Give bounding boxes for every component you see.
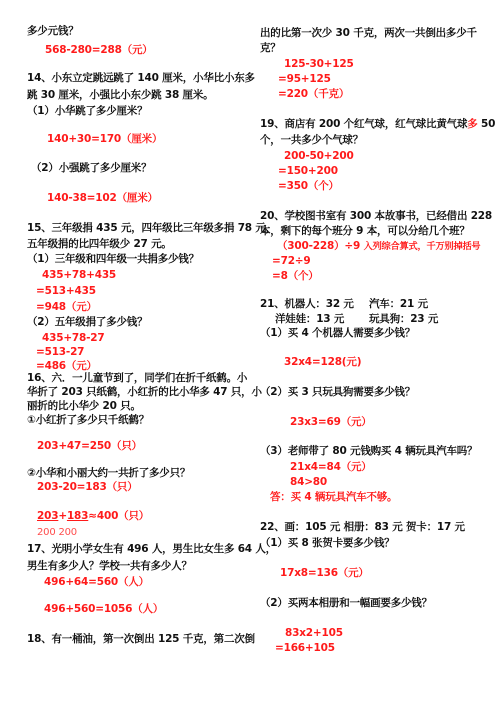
q21-price-1: 21、机器人：32 元 (260, 298, 354, 311)
q22-sub1: （1）买 8 张贺卡要多少钱？ (260, 537, 394, 550)
q16-est-note: 200 200 (37, 526, 77, 539)
q14-sub1: （1）小华跳了多少厘米？ (27, 105, 147, 118)
q20-ans-line2: =72÷9 (272, 255, 311, 268)
q20-text-1: 20、学校图书室有 300 本故事书，已经借出 228 (260, 210, 492, 223)
q20-note: 入列综合算式，千万别掉括号 (364, 241, 481, 252)
q20-ans-line1: （300-228）÷9 入列综合算式，千万别掉括号 (277, 240, 480, 253)
q14-ans1: 140+30=170（厘米） (47, 133, 162, 146)
q19-text-1-red: 多 (467, 118, 477, 130)
q20-ans1: （300-228）÷9 (277, 240, 360, 252)
q15-ans2-line2: =513-27 (36, 346, 84, 359)
q22-ans2-line1: 83x2+105 (285, 627, 343, 640)
q21-sub3: （3）老师带了 80 元钱购买 4 辆玩具汽车吗？ (260, 445, 477, 458)
q15-text-1: 15、三年级捐 435 元，四年级比三年级多捐 78 元， (27, 222, 276, 235)
q18-text-2: 克？ (260, 42, 281, 55)
q17-ans1: 496+64=560（人） (44, 576, 149, 589)
q15-ans1-line1: 435+78+435 (42, 269, 116, 282)
q18-ans-line3: =220（千克） (278, 88, 349, 101)
q19-text-1: 19、商店有 200 个红气球，红气球比黄气球多 50 (260, 118, 495, 131)
q19-ans-line3: =350（个） (278, 180, 339, 193)
q22-ans2-line2: =166+105 (275, 642, 335, 655)
q14-text-2: 跳 30 厘米，小强比小东少跳 38 厘米。 (27, 89, 213, 102)
q21-answer: 答：买 4 辆玩具汽车不够。 (270, 491, 397, 504)
q15-ans1-line3: =948（元） (36, 301, 97, 314)
q16-est-a: 203 (37, 510, 58, 522)
q21-price-4: 玩具狗：23 元 (369, 313, 438, 326)
q17-text-2: 男生有多少人？学校一共有多少人？ (27, 560, 192, 573)
q15-sub2: （2）五年级捐了多少钱？ (27, 316, 147, 329)
q15-ans2-line1: 435+78-27 (42, 332, 105, 345)
q16-ans1: 203+47=250（只） (37, 440, 142, 453)
q21-sub2: （2）买 3 只玩具狗需要多少钱？ (260, 386, 415, 399)
q20-ans-line3: =8（个） (272, 270, 319, 283)
q21-sub1: （1）买 4 个机器人需要多少钱？ (260, 327, 415, 340)
q13-answer: 568-280=288（元） (45, 44, 153, 57)
q18-ans-line1: 125-30+125 (284, 58, 354, 71)
q16-est-plus: + (58, 510, 67, 522)
q15-ans1-line2: =513+435 (36, 285, 96, 298)
q16-est-b: 183 (67, 510, 88, 522)
q19-ans-line1: 200-50+200 (284, 150, 354, 163)
q16-text-1: 16、六．一儿童节到了，同学们在折千纸鹤。小 (27, 372, 247, 385)
q17-text-1: 17、光明小学女生有 496 人，男生比女生多 64 人， (27, 543, 276, 556)
q19-ans-line2: =150+200 (278, 165, 338, 178)
q16-estimate: 203+183≈400（只） (37, 510, 149, 523)
q21-price-2: 汽车：21 元 (369, 298, 428, 311)
q14-ans2: 140-38=102（厘米） (47, 192, 158, 205)
q16-sub1: ①小红折了多少只千纸鹤？ (27, 414, 149, 427)
q19-text-1a: 19、商店有 200 个红气球，红气球比黄气球 (260, 118, 467, 130)
q21-ans1: 32x4=128(元) (284, 356, 361, 369)
q22-ans1: 17x8=136（元） (280, 567, 369, 580)
q16-sub2: ②小华和小丽大约一共折了多少只？ (27, 467, 190, 480)
q21-price-3: 洋娃娃：13 元 (275, 313, 344, 326)
q20-text-2: 本，剩下的每个班分 9 本，可以分给几个班？ (260, 225, 470, 238)
q16-est-rest: ≈400（只） (88, 510, 149, 522)
q22-prices: 22、画：105 元 相册：83 元 贺卡：17 元 (260, 521, 465, 534)
q21-ans3-line1: 21x4=84（元） (290, 461, 372, 474)
q19-text-1b: 50 (478, 118, 496, 130)
q18-text-1: 出的比第一次少 30 千克，两次一共倒出多少千 (260, 27, 477, 40)
q15-text-2: 五年级捐的比四年级少 27 元。 (27, 238, 172, 251)
q22-sub2: （2）买两本相册和一幅画要多少钱？ (260, 597, 432, 610)
q18-ans-line2: =95+125 (278, 73, 331, 86)
q16-ans2: 203-20=183（只） (37, 481, 138, 494)
q21-ans2: 23x3=69（元） (290, 416, 372, 429)
q13-question-end: 多少元钱？ (27, 25, 79, 38)
q19-text-2: 个，一共多少个气球？ (260, 134, 363, 147)
q16-text-3: 丽折的比小华少 20 只。 (27, 400, 141, 413)
q17-ans2: 496+560=1056（人） (44, 603, 163, 616)
q21-ans3-line2: 84>80 (290, 476, 327, 489)
q18-head: 18、有一桶油，第一次倒出 125 千克，第二次倒 (27, 633, 255, 646)
q15-sub1: （1）三年级和四年级一共捐多少钱？ (27, 253, 199, 266)
q14-sub2: （2）小强跳了多少厘米？ (31, 162, 151, 175)
q16-text-2: 华折了 203 只纸鹤，小红折的比小华多 47 只，小 (27, 386, 262, 399)
q14-text-1: 14、小东立定跳远跳了 140 厘米，小华比小东多 (27, 72, 255, 85)
